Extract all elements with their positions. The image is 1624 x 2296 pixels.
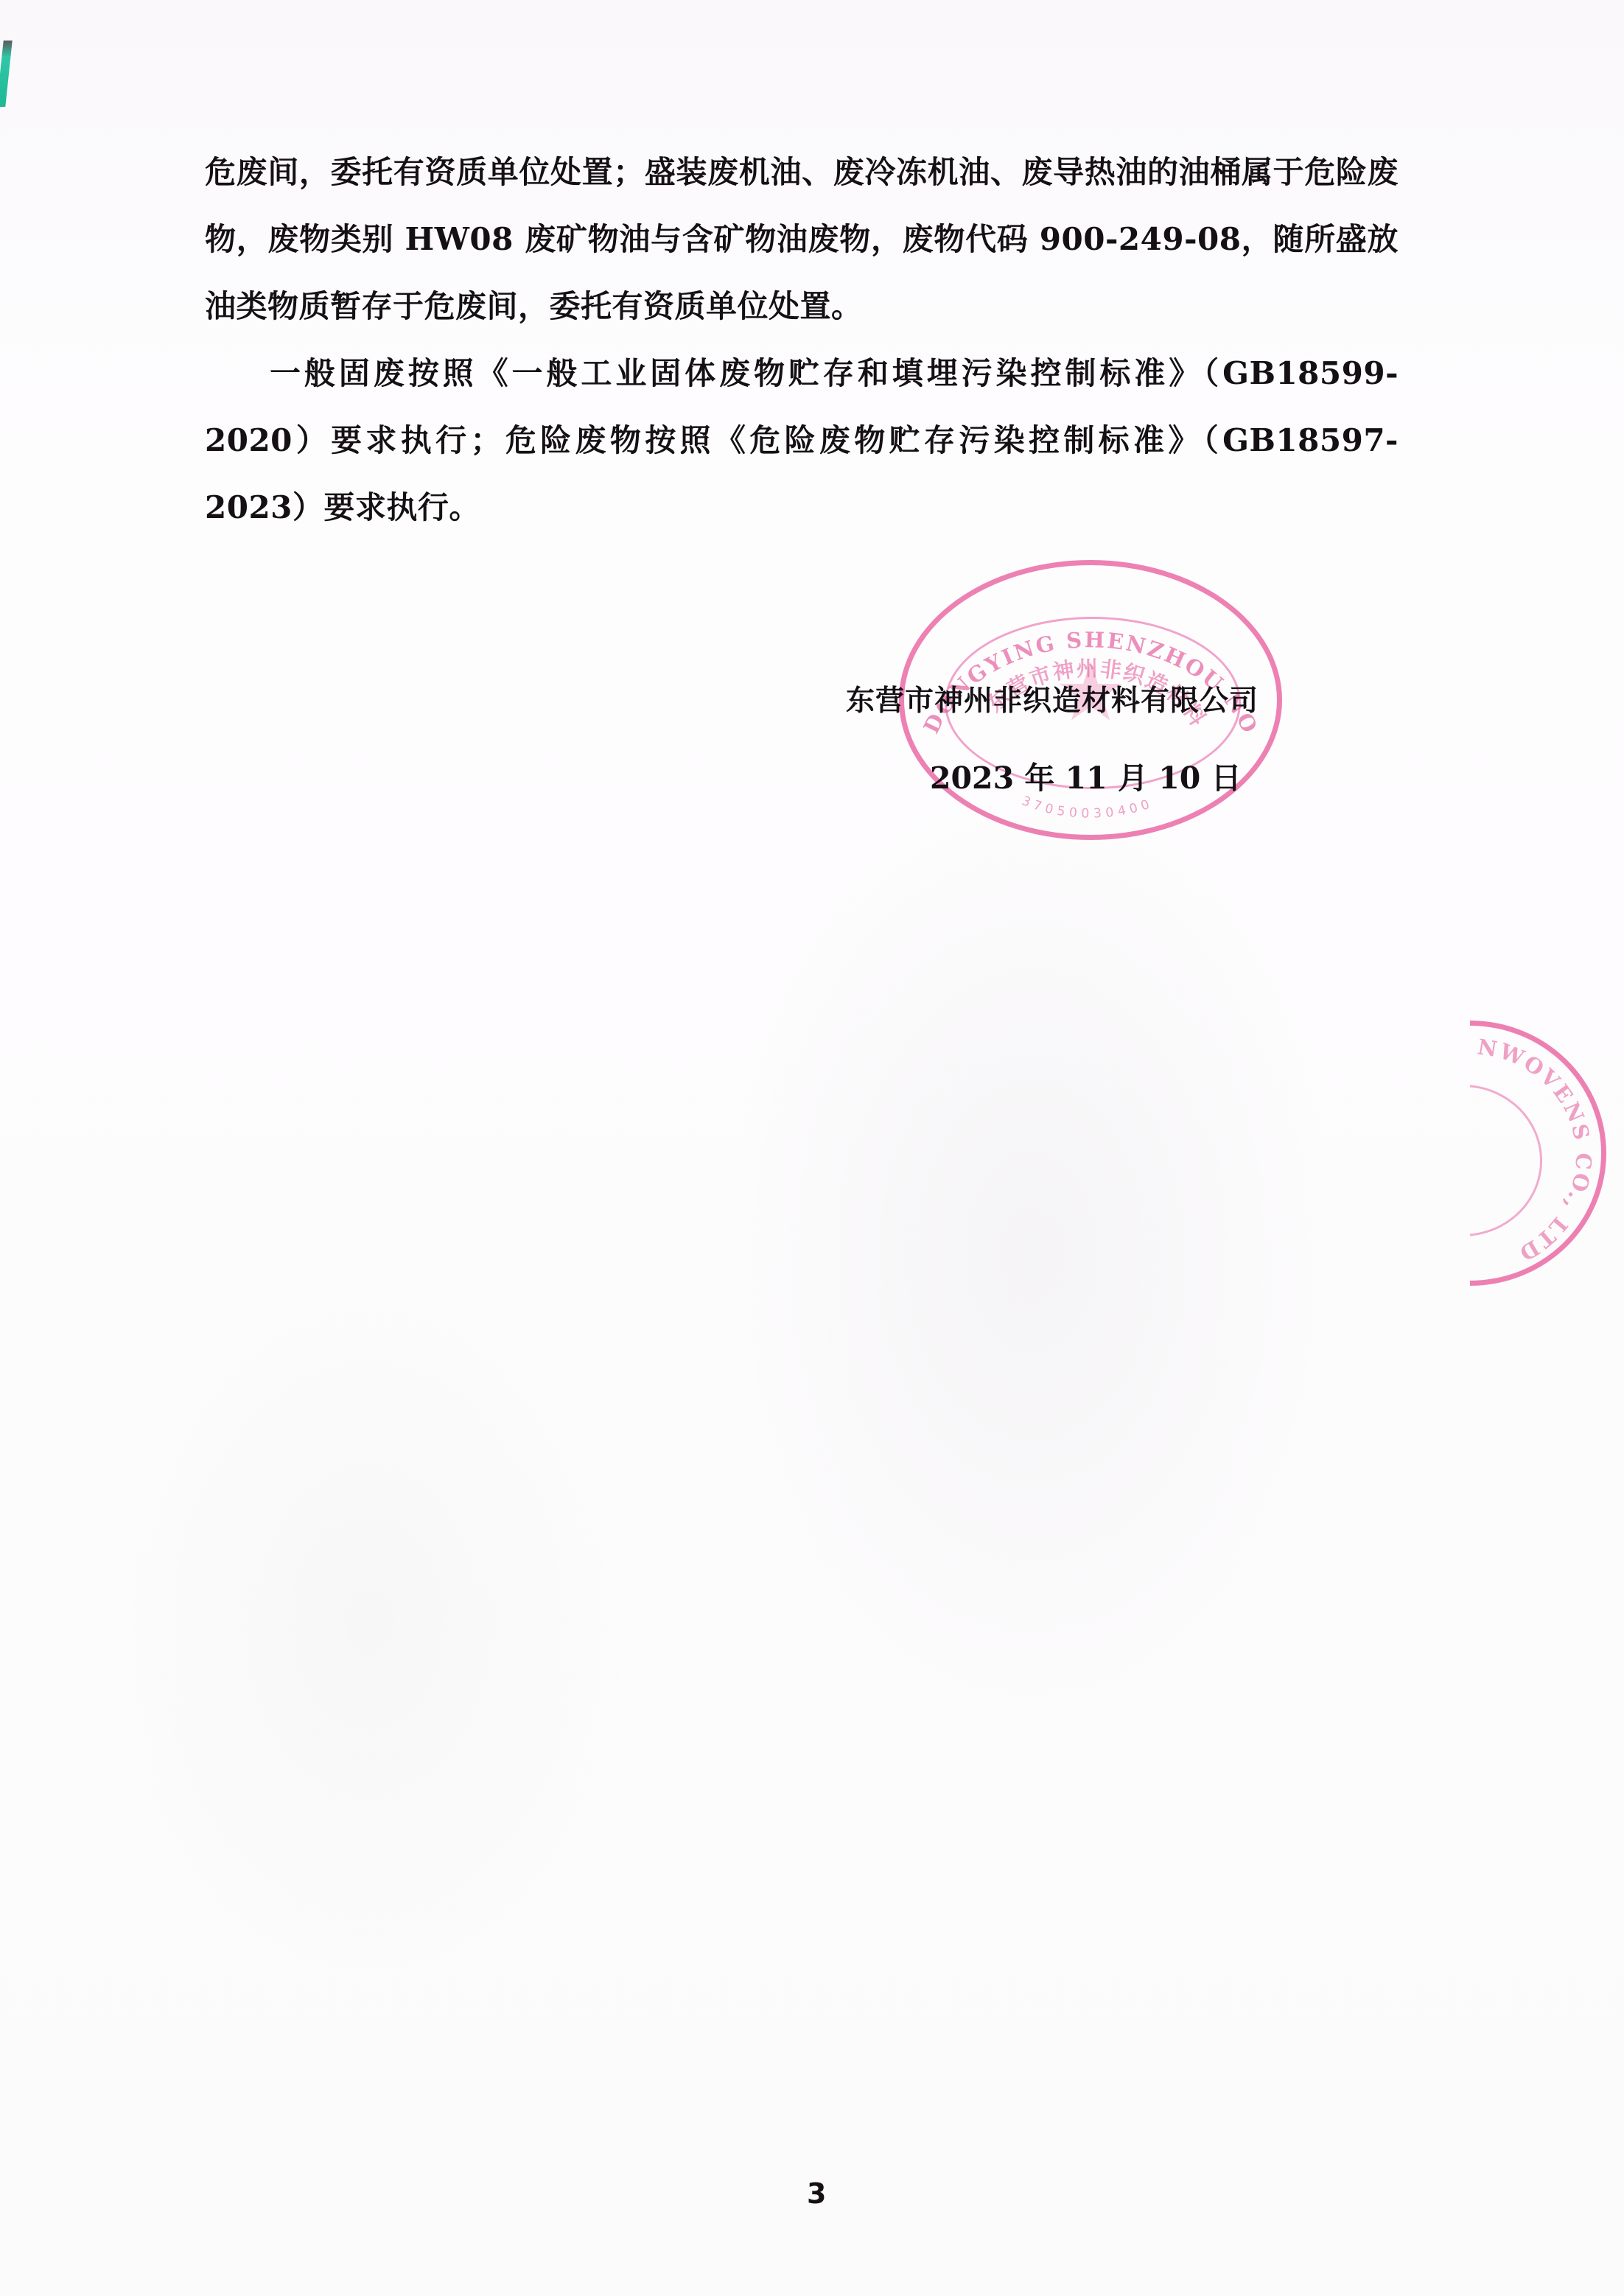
svg-text:37050030400: 37050030400 [1020,794,1155,821]
signature-date: 2023 年 11 月 10 日 [930,754,1242,797]
seal-code-text: 37050030400 [1020,794,1155,821]
paragraph-standards: 一般固废按照《一般工业固体废物贮存和填埋污染控制标准》（GB18599-2020… [205,340,1399,541]
company-signature: 东营市神州非织造材料有限公司 [846,678,1259,719]
svg-text:NWOVENS CO., LTD: NWOVENS CO., LTD [1476,1034,1597,1267]
document-body: 危废间，委托有资质单位处置；盛装废机油、废冷冻机油、废导热油的油桶属于危险废物，… [205,139,1399,541]
paragraph-hazardous-waste: 危废间，委托有资质单位处置；盛装废机油、废冷冻机油、废导热油的油桶属于危险废物，… [205,139,1399,340]
page-number: 3 [807,2177,826,2210]
